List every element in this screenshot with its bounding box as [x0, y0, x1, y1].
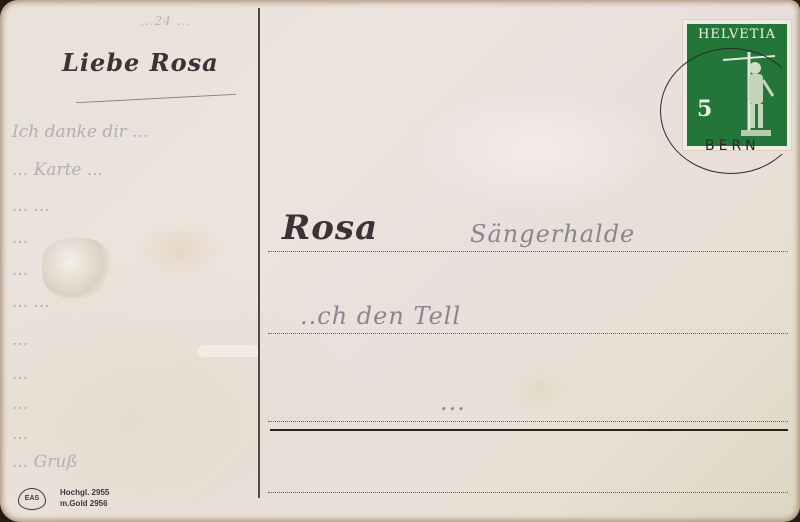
message-line: ... Karte ... [12, 160, 103, 180]
greeting-underline [76, 94, 236, 103]
message-line: ... [12, 364, 28, 384]
message-line: ... ... [12, 196, 50, 216]
message-greeting: Liebe Rosa [62, 48, 219, 77]
paper-tear [198, 345, 260, 357]
message-line: ... ... [12, 292, 50, 312]
message-line: ... Gruß [12, 452, 78, 472]
recipient-city: ... [440, 388, 466, 416]
address-line-3 [268, 421, 788, 422]
publisher-logo: EAS [18, 488, 46, 510]
message-line: ... [12, 424, 28, 444]
postmark-city: BERN [705, 138, 760, 154]
message-line: Ich danke dir ... [12, 122, 148, 142]
message-line: ... [12, 394, 28, 414]
address-line-2 [268, 333, 788, 334]
message-line: ... [12, 260, 28, 280]
address-rule [270, 429, 788, 431]
embossed-flower-decoration [42, 238, 112, 298]
message-date: ...24 ... [140, 14, 191, 28]
postcard: ...24 ... Liebe Rosa Ich danke dir ... .… [0, 0, 800, 522]
recipient-address-line: ..ch den Tell [300, 302, 461, 330]
stamp-country: HELVETIA [687, 27, 787, 42]
message-line: ... [12, 330, 28, 350]
message-line: ... [12, 228, 28, 248]
postmark-circle [660, 48, 800, 174]
center-divider [258, 8, 260, 498]
recipient-street: Sängerhalde [470, 220, 635, 248]
address-line-1 [268, 251, 788, 252]
recipient-name: Rosa [282, 208, 378, 248]
address-line-4 [268, 492, 788, 493]
print-info-line-2: m.Gold 2956 [60, 499, 108, 508]
print-info-line-1: Hochgl. 2955 [60, 488, 109, 497]
